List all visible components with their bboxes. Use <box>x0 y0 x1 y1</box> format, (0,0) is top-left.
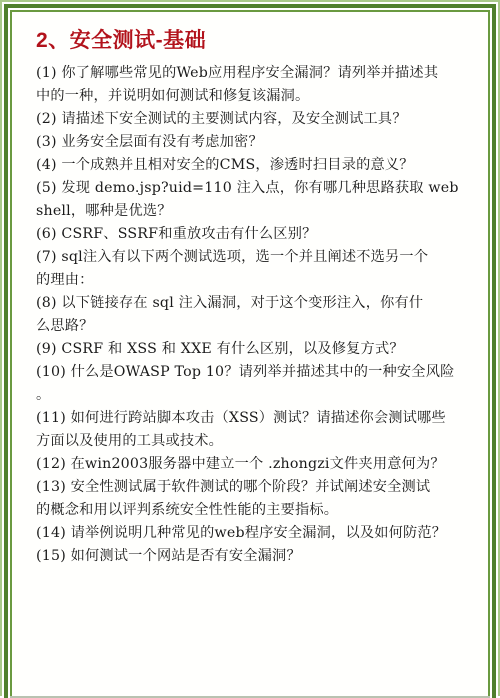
question-item: (6) CSRF、SSRF和重放攻击有什么区别？ <box>36 223 480 246</box>
question-item: (8) 以下链接存在 sql 注入漏洞，对于这个变形注入，你有什么思路？ <box>36 292 480 338</box>
question-line: (12) 在win2003服务器中建立一个 .zhongzi文件夹用意何为？ <box>36 453 480 476</box>
question-line: 中的一种，并说明如何测试和修复该漏洞。 <box>36 85 480 108</box>
question-item: (1) 你了解哪些常见的Web应用程序安全漏洞？请列举并描述其中的一种，并说明如… <box>36 62 480 108</box>
question-line: (14) 请举例说明几种常见的web程序安全漏洞，以及如何防范？ <box>36 522 480 545</box>
document-content: 2、安全测试-基础 (1) 你了解哪些常见的Web应用程序安全漏洞？请列举并描述… <box>36 26 480 568</box>
question-item: (12) 在win2003服务器中建立一个 .zhongzi文件夹用意何为？ <box>36 453 480 476</box>
question-item: (15) 如何测试一个网站是否有安全漏洞？ <box>36 545 480 568</box>
question-line: (4) 一个成熟并且相对安全的CMS，渗透时扫目录的意义？ <box>36 154 480 177</box>
question-item: (3) 业务安全层面有没有考虑加密？ <box>36 131 480 154</box>
question-line: 的理由： <box>36 269 480 292</box>
question-line: (15) 如何测试一个网站是否有安全漏洞？ <box>36 545 480 568</box>
question-line: (3) 业务安全层面有没有考虑加密？ <box>36 131 480 154</box>
question-line: 的概念和用以评判系统安全性性能的主要指标。 <box>36 499 480 522</box>
question-item: (10) 什么是OWASP Top 10？请列举并描述其中的一种安全风险。 <box>36 361 480 407</box>
question-line: (9) CSRF 和 XSS 和 XXE 有什么区别，以及修复方式？ <box>36 338 480 361</box>
question-list: (1) 你了解哪些常见的Web应用程序安全漏洞？请列举并描述其中的一种，并说明如… <box>36 62 480 568</box>
question-item: (4) 一个成熟并且相对安全的CMS，渗透时扫目录的意义？ <box>36 154 480 177</box>
question-line: (5) 发现 demo.jsp?uid=110 注入点，你有哪几种思路获取 we… <box>36 177 480 200</box>
question-line: (13) 安全性测试属于软件测试的哪个阶段？并试阐述安全测试 <box>36 476 480 499</box>
question-item: (11) 如何进行跨站脚本攻击（XSS）测试？请描述你会测试哪些方面以及使用的工… <box>36 407 480 453</box>
question-item: (9) CSRF 和 XSS 和 XXE 有什么区别，以及修复方式？ <box>36 338 480 361</box>
question-line: (7) sql注入有以下两个测试选项，选一个并且阐述不选另一个 <box>36 246 480 269</box>
question-line: 么思路？ <box>36 315 480 338</box>
question-item: (7) sql注入有以下两个测试选项，选一个并且阐述不选另一个的理由： <box>36 246 480 292</box>
question-line: (11) 如何进行跨站脚本攻击（XSS）测试？请描述你会测试哪些 <box>36 407 480 430</box>
question-line: 。 <box>36 384 480 407</box>
question-item: (14) 请举例说明几种常见的web程序安全漏洞，以及如何防范？ <box>36 522 480 545</box>
question-line: (10) 什么是OWASP Top 10？请列举并描述其中的一种安全风险 <box>36 361 480 384</box>
question-line: (6) CSRF、SSRF和重放攻击有什么区别？ <box>36 223 480 246</box>
question-line: (1) 你了解哪些常见的Web应用程序安全漏洞？请列举并描述其 <box>36 62 480 85</box>
question-item: (2) 请描述下安全测试的主要测试内容，及安全测试工具？ <box>36 108 480 131</box>
question-item: (13) 安全性测试属于软件测试的哪个阶段？并试阐述安全测试的概念和用以评判系统… <box>36 476 480 522</box>
question-item: (5) 发现 demo.jsp?uid=110 注入点，你有哪几种思路获取 we… <box>36 177 480 223</box>
question-line: 方面以及使用的工具或技术。 <box>36 430 480 453</box>
question-line: (8) 以下链接存在 sql 注入漏洞，对于这个变形注入，你有什 <box>36 292 480 315</box>
question-line: (2) 请描述下安全测试的主要测试内容，及安全测试工具？ <box>36 108 480 131</box>
section-title: 2、安全测试-基础 <box>36 26 480 56</box>
question-line: shell，哪种是优选？ <box>36 200 480 223</box>
